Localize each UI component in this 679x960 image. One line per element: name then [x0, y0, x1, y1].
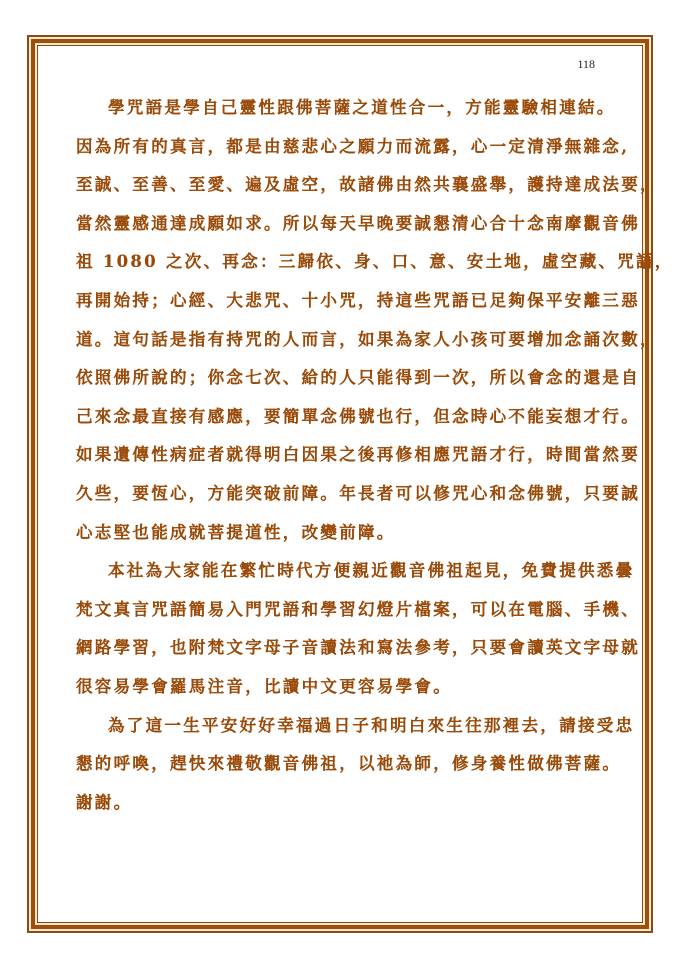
- page-number: 118: [577, 57, 595, 72]
- paragraph-2-line-2: 至誠、至善、至愛、遍及虛空，故諸佛由然共襄盛舉，護持達成法要，: [76, 166, 582, 205]
- paragraph-3-line-1: 本社為大家能在繁忙時代方便親近觀音佛祖起見，免費提供悉曇: [76, 552, 582, 591]
- document-body: 學咒語是學自己靈性跟佛菩薩之道性合一，方能靈驗相連結。 因為所有的真言，都是由慈…: [76, 89, 582, 822]
- paragraph-1-line-1: 學咒語是學自己靈性跟佛菩薩之道性合一，方能靈驗相連結。: [76, 89, 582, 128]
- paragraph-3-line-3: 網路學習，也附梵文字母子音讀法和寫法參考，只要會讀英文字母就: [76, 629, 582, 668]
- paragraph-2-line-4: 祖 1080 之次、再念：三歸依、身、口、意、安土地，虛空藏、咒語，: [76, 243, 582, 282]
- paragraph-2-line-1: 因為所有的真言，都是由慈悲心之願力而流露，心一定清淨無雜念,: [76, 128, 582, 167]
- paragraph-4-line-3: 謝謝。: [76, 784, 582, 823]
- paragraph-2-line-5: 再開始持；心經、大悲咒、十小咒，持這些咒語已足夠保平安離三惡: [76, 282, 582, 321]
- paragraph-2-line-9: 如果遺傳性病症者就得明白因果之後再修相應咒語才行，時間當然要: [76, 436, 582, 475]
- paragraph-3-line-2: 梵文真言咒語簡易入門咒語和學習幻燈片檔案，可以在電腦、手機、: [76, 591, 582, 630]
- paragraph-2-line-6: 道。這句話是指有持咒的人而言，如果為家人小孩可要增加念誦次數，: [76, 321, 582, 360]
- paragraph-4-line-2: 懇的呼喚，趕快來禮敬觀音佛祖，以祂為師，修身養性做佛菩薩。: [76, 745, 582, 784]
- paragraph-4-line-1: 為了這一生平安好好幸福過日子和明白來生往那裡去，請接受忠: [76, 707, 582, 746]
- paragraph-2-line-3: 當然靈感通達成願如求。所以每天早晚要誠懇清心合十念南摩觀音佛: [76, 205, 582, 244]
- paragraph-3-line-4: 很容易學會羅馬注音，比讀中文更容易學會。: [76, 668, 582, 707]
- paragraph-2-line-8: 己來念最直接有感應，要簡單念佛號也行，但念時心不能妄想才行。: [76, 398, 582, 437]
- paragraph-2-line-11: 心志堅也能成就菩提道性，改變前障。: [76, 514, 582, 553]
- paragraph-2-line-10: 久些，要恆心，方能突破前障。年長者可以修咒心和念佛號，只要誠: [76, 475, 582, 514]
- paragraph-2-line-7: 依照佛所說的；你念七次、給的人只能得到一次，所以會念的還是自: [76, 359, 582, 398]
